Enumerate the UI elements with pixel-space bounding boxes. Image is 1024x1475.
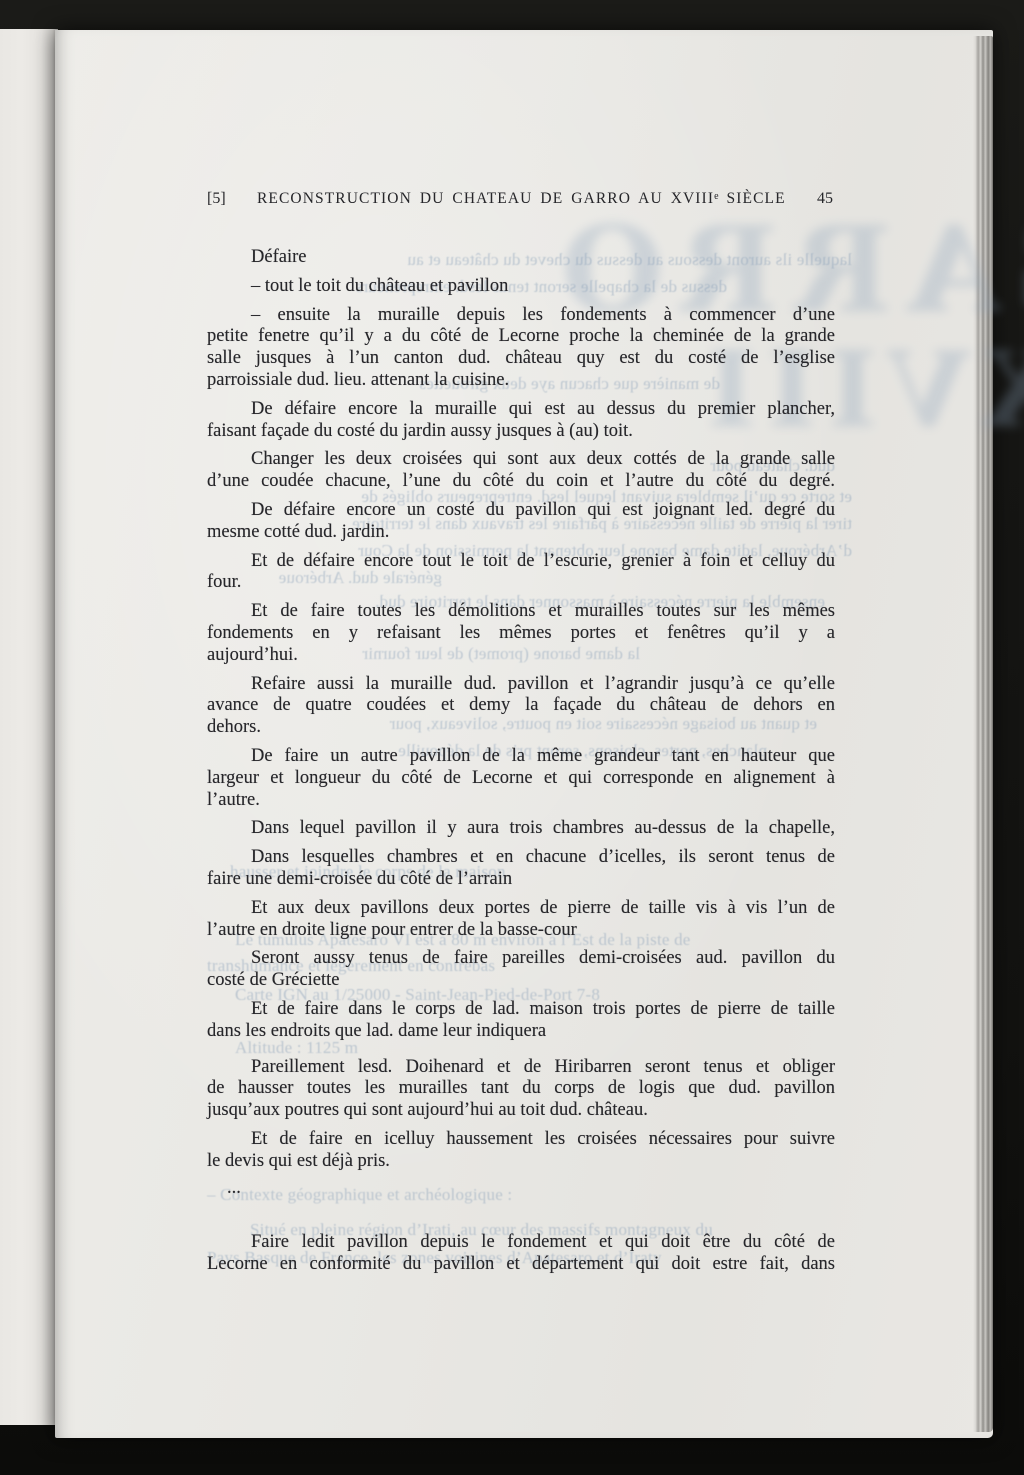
text-line: aujourd’hui. — [207, 645, 835, 667]
book-scan: GARROXVIIIlaquelle ils auront dessous au… — [0, 0, 1024, 1475]
facing-page-edge — [0, 29, 58, 1425]
paragraph: – ensuite la muraille depuis les fondeme… — [207, 305, 835, 392]
text-line: Et de faire dans le corps de lad. maison… — [207, 999, 835, 1021]
text-line: Et aux deux pavillons deux portes de pie… — [207, 898, 835, 920]
text-line: Faire ledit pavillon depuis le fondement… — [207, 1232, 835, 1254]
page-number: 45 — [817, 190, 835, 208]
text-line: l’autre. — [207, 790, 835, 812]
text-line: Et de faire toutes les démolitions et mu… — [207, 601, 835, 623]
paragraph: Et de faire dans le corps de lad. maison… — [207, 999, 835, 1043]
text-line: avance de quatre coudées et demy la faça… — [207, 695, 835, 717]
text-line: ... — [207, 1178, 835, 1200]
text-line: Changer les deux croisées qui sont aux d… — [207, 449, 835, 471]
paragraph: Et aux deux pavillons deux portes de pie… — [207, 898, 835, 942]
text-line: de hausser toutes les murailles tant du … — [207, 1078, 835, 1100]
paragraph: Seront aussy tenus de faire pareilles de… — [207, 948, 835, 992]
paragraph: De défaire encore un costé du pavillon q… — [207, 500, 835, 544]
book-page: GARROXVIIIlaquelle ils auront dessous au… — [55, 30, 993, 1438]
paragraph: Changer les deux croisées qui sont aux d… — [207, 449, 835, 493]
paragraph: Faire ledit pavillon depuis le fondement… — [207, 1232, 835, 1276]
paragraph: Défaire — [207, 247, 835, 269]
text-line: mesme cotté dud. jardin. — [207, 522, 835, 544]
text-line: four. — [207, 572, 835, 594]
paragraph: De faire un autre pavillon de la même gr… — [207, 746, 835, 811]
paragraph: Et de faire en icelluy haussement les cr… — [207, 1129, 835, 1173]
page-content: [5] RECONSTRUCTION DU CHATEAU DE GARRO A… — [55, 30, 993, 1438]
text-line: Pareillement lesd. Doihenard et de Hirib… — [207, 1057, 835, 1079]
paragraph: – tout le toit du château et pavillon — [207, 276, 835, 298]
text-line: faisant façade du costé du jardin aussy … — [207, 421, 835, 443]
text-line: De défaire encore un costé du pavillon q… — [207, 500, 835, 522]
text-line: De défaire encore la muraille qui est au… — [207, 399, 835, 421]
text-line: dehors. — [207, 717, 835, 739]
running-header: [5] RECONSTRUCTION DU CHATEAU DE GARRO A… — [207, 190, 835, 208]
text-line: fondements en y refaisant les mêmes port… — [207, 623, 835, 645]
text-line: dans les endroits que lad. dame leur ind… — [207, 1021, 835, 1043]
text-line: Et de défaire encore tout le toit de l’e… — [207, 551, 835, 573]
margin-reference: [5] — [207, 190, 226, 208]
text-line: Dans lequel pavillon il y aura trois cha… — [207, 818, 835, 840]
paragraph: ... — [207, 1178, 835, 1200]
text-line: Lecorne en conformité du pavillon et dép… — [207, 1254, 835, 1276]
text-line: Défaire — [207, 247, 835, 269]
text-line: Refaire aussi la muraille dud. pavillon … — [207, 674, 835, 696]
text-line: – tout le toit du château et pavillon — [207, 276, 835, 298]
running-title-text: RECONSTRUCTION DU CHATEAU DE GARRO AU XV… — [257, 190, 714, 207]
text-line: d’une coudée chacune, l’une du côté du c… — [207, 471, 835, 493]
text-line: le devis qui est déjà pris. — [207, 1151, 835, 1173]
text-line: salle jusques à l’un canton dud. château… — [207, 348, 835, 370]
paragraph: Dans lequel pavillon il y aura trois cha… — [207, 818, 835, 840]
text-line: faire une demi-croisée du côté de l’arra… — [207, 869, 835, 891]
text-line: Seront aussy tenus de faire pareilles de… — [207, 948, 835, 970]
text-line: largeur et longueur du côté de Lecorne e… — [207, 768, 835, 790]
text-line: De faire un autre pavillon de la même gr… — [207, 746, 835, 768]
text-line: Dans lesquelles chambres et en chacune d… — [207, 847, 835, 869]
text-line: l’autre en droite ligne pour entrer de l… — [207, 920, 835, 942]
paragraph: Refaire aussi la muraille dud. pavillon … — [207, 674, 835, 739]
text-line: parroissiale dud. lieu. attenant la cuis… — [207, 370, 835, 392]
text-line: jusqu’aux poutres qui sont aujourd’hui a… — [207, 1100, 835, 1122]
running-title-end: SIÈCLE — [719, 190, 786, 207]
running-title: RECONSTRUCTION DU CHATEAU DE GARRO AU XV… — [226, 190, 817, 208]
text-line: Et de faire en icelluy haussement les cr… — [207, 1129, 835, 1151]
paragraph: Dans lesquelles chambres et en chacune d… — [207, 847, 835, 891]
text-body: Défaire– tout le toit du château et pavi… — [207, 247, 835, 1276]
text-line: costé de Gréciette — [207, 970, 835, 992]
text-line: – ensuite la muraille depuis les fondeme… — [207, 305, 835, 327]
paragraph: Et de faire toutes les démolitions et mu… — [207, 601, 835, 666]
text-line: petite fenetre qu’il y a du côté de Leco… — [207, 326, 835, 348]
paragraph: Et de défaire encore tout le toit de l’e… — [207, 551, 835, 595]
paragraph: De défaire encore la muraille qui est au… — [207, 399, 835, 443]
paragraph: Pareillement lesd. Doihenard et de Hirib… — [207, 1057, 835, 1122]
